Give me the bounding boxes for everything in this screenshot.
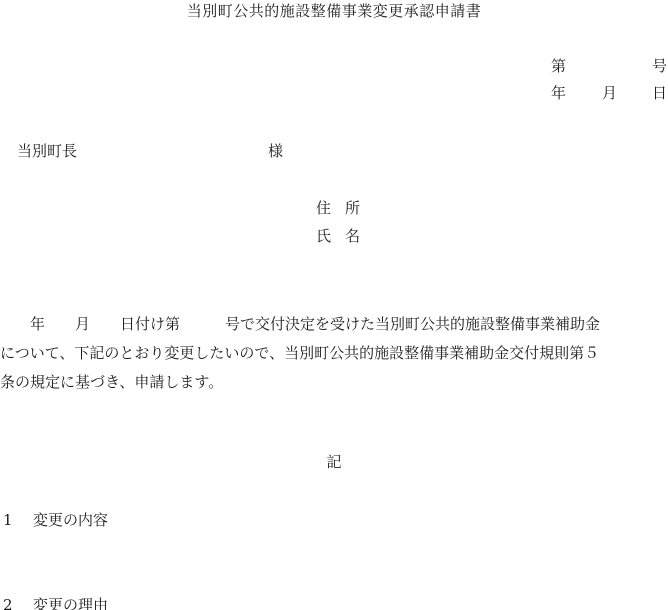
addressee-honorific: 様 xyxy=(268,141,283,161)
item-label: 変更の内容 xyxy=(33,511,108,529)
date-day-label: 日 xyxy=(652,83,667,103)
reference-number-suffix: 号 xyxy=(652,56,667,76)
item-change-reason: 2変更の理由 xyxy=(3,595,108,610)
date-year-label: 年 xyxy=(551,83,566,103)
body-line-1: 年 月 日付け第 号で交付決定を受けた当別町公共的施設整備事業補助金 xyxy=(0,310,668,339)
applicant-name-label: 氏名 xyxy=(316,226,374,246)
date-month-label: 月 xyxy=(602,83,617,103)
ki-heading: 記 xyxy=(0,452,668,472)
item-label: 変更の理由 xyxy=(33,596,108,610)
addressee-name: 当別町長 xyxy=(17,141,77,161)
item-change-content: 1変更の内容 xyxy=(3,510,108,530)
applicant-address-label: 住所 xyxy=(316,198,374,218)
application-body: 年 月 日付け第 号で交付決定を受けた当別町公共的施設整備事業補助金 について、… xyxy=(0,310,668,397)
item-number: 2 xyxy=(3,595,33,610)
document-title: 当別町公共的施設整備事業変更承認申請書 xyxy=(0,1,668,21)
reference-number-prefix: 第 xyxy=(551,56,566,76)
body-line-3: 条の規定に基づき、申請します。 xyxy=(0,368,668,397)
item-number: 1 xyxy=(3,510,33,530)
body-line-2: について、下記のとおり変更したいので、当別町公共的施設整備事業補助金交付規則第５ xyxy=(0,339,668,368)
